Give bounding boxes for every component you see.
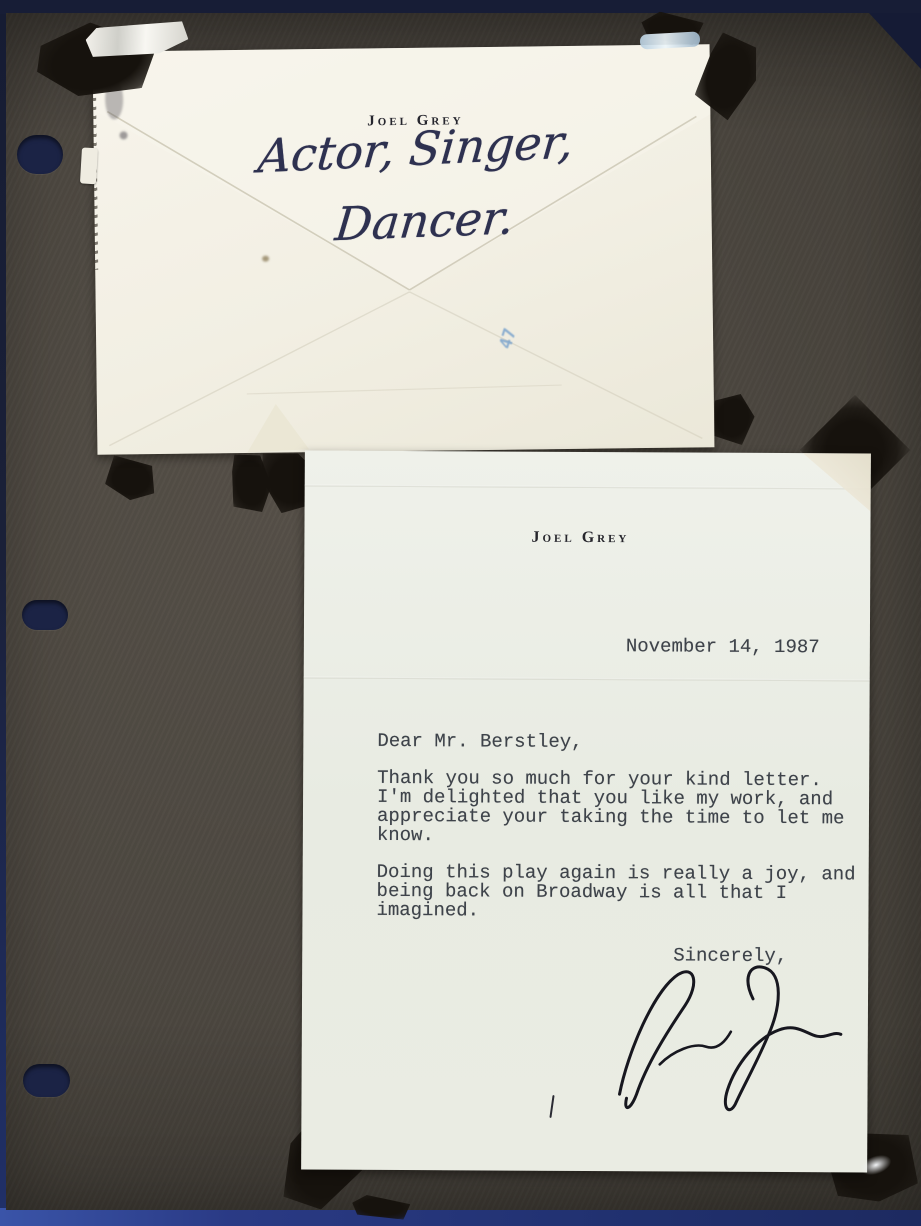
ink-speck: [120, 131, 128, 139]
typed-letter: Joel Grey November 14, 1987 Dear Mr. Ber…: [301, 451, 871, 1173]
letter-fold-crease: [305, 485, 871, 490]
binder-hole-bottom: [23, 1064, 70, 1097]
letter-paragraph-1: Thank you so much for your kind letter. …: [377, 769, 845, 847]
backing-bottom-edge: [0, 1208, 921, 1226]
torn-paper-nub: [80, 147, 98, 184]
scrapbook-photo: Joel Grey Actor, Singer, Dancer. 47 Joel…: [0, 0, 921, 1226]
binder-hole-top: [17, 135, 63, 174]
envelope-back: Joel Grey Actor, Singer, Dancer. 47: [93, 44, 715, 455]
body-line: imagined.: [376, 901, 855, 923]
letterhead-name: Joel Grey: [531, 530, 629, 547]
binder-hole-middle: [22, 600, 68, 630]
letter-fold-crease: [304, 677, 870, 682]
letter-folded-corner: [803, 453, 871, 511]
letter-date: November 14, 1987: [626, 637, 820, 657]
handwritten-inscription-line2: Dancer.: [333, 190, 517, 251]
backing-top-edge: [0, 0, 921, 14]
envelope-flap-creases: [93, 44, 715, 455]
stain-spot: [262, 256, 269, 262]
tape-scrap-shiny-top-right: [640, 31, 701, 49]
signature-scrawl: [609, 960, 845, 1119]
letter-salutation: Dear Mr. Berstley,: [377, 732, 582, 752]
body-line: know.: [377, 826, 845, 847]
letter-paragraph-2: Doing this play again is really a joy, a…: [376, 863, 855, 923]
body-line: appreciate your taking the time to let m…: [377, 807, 845, 828]
